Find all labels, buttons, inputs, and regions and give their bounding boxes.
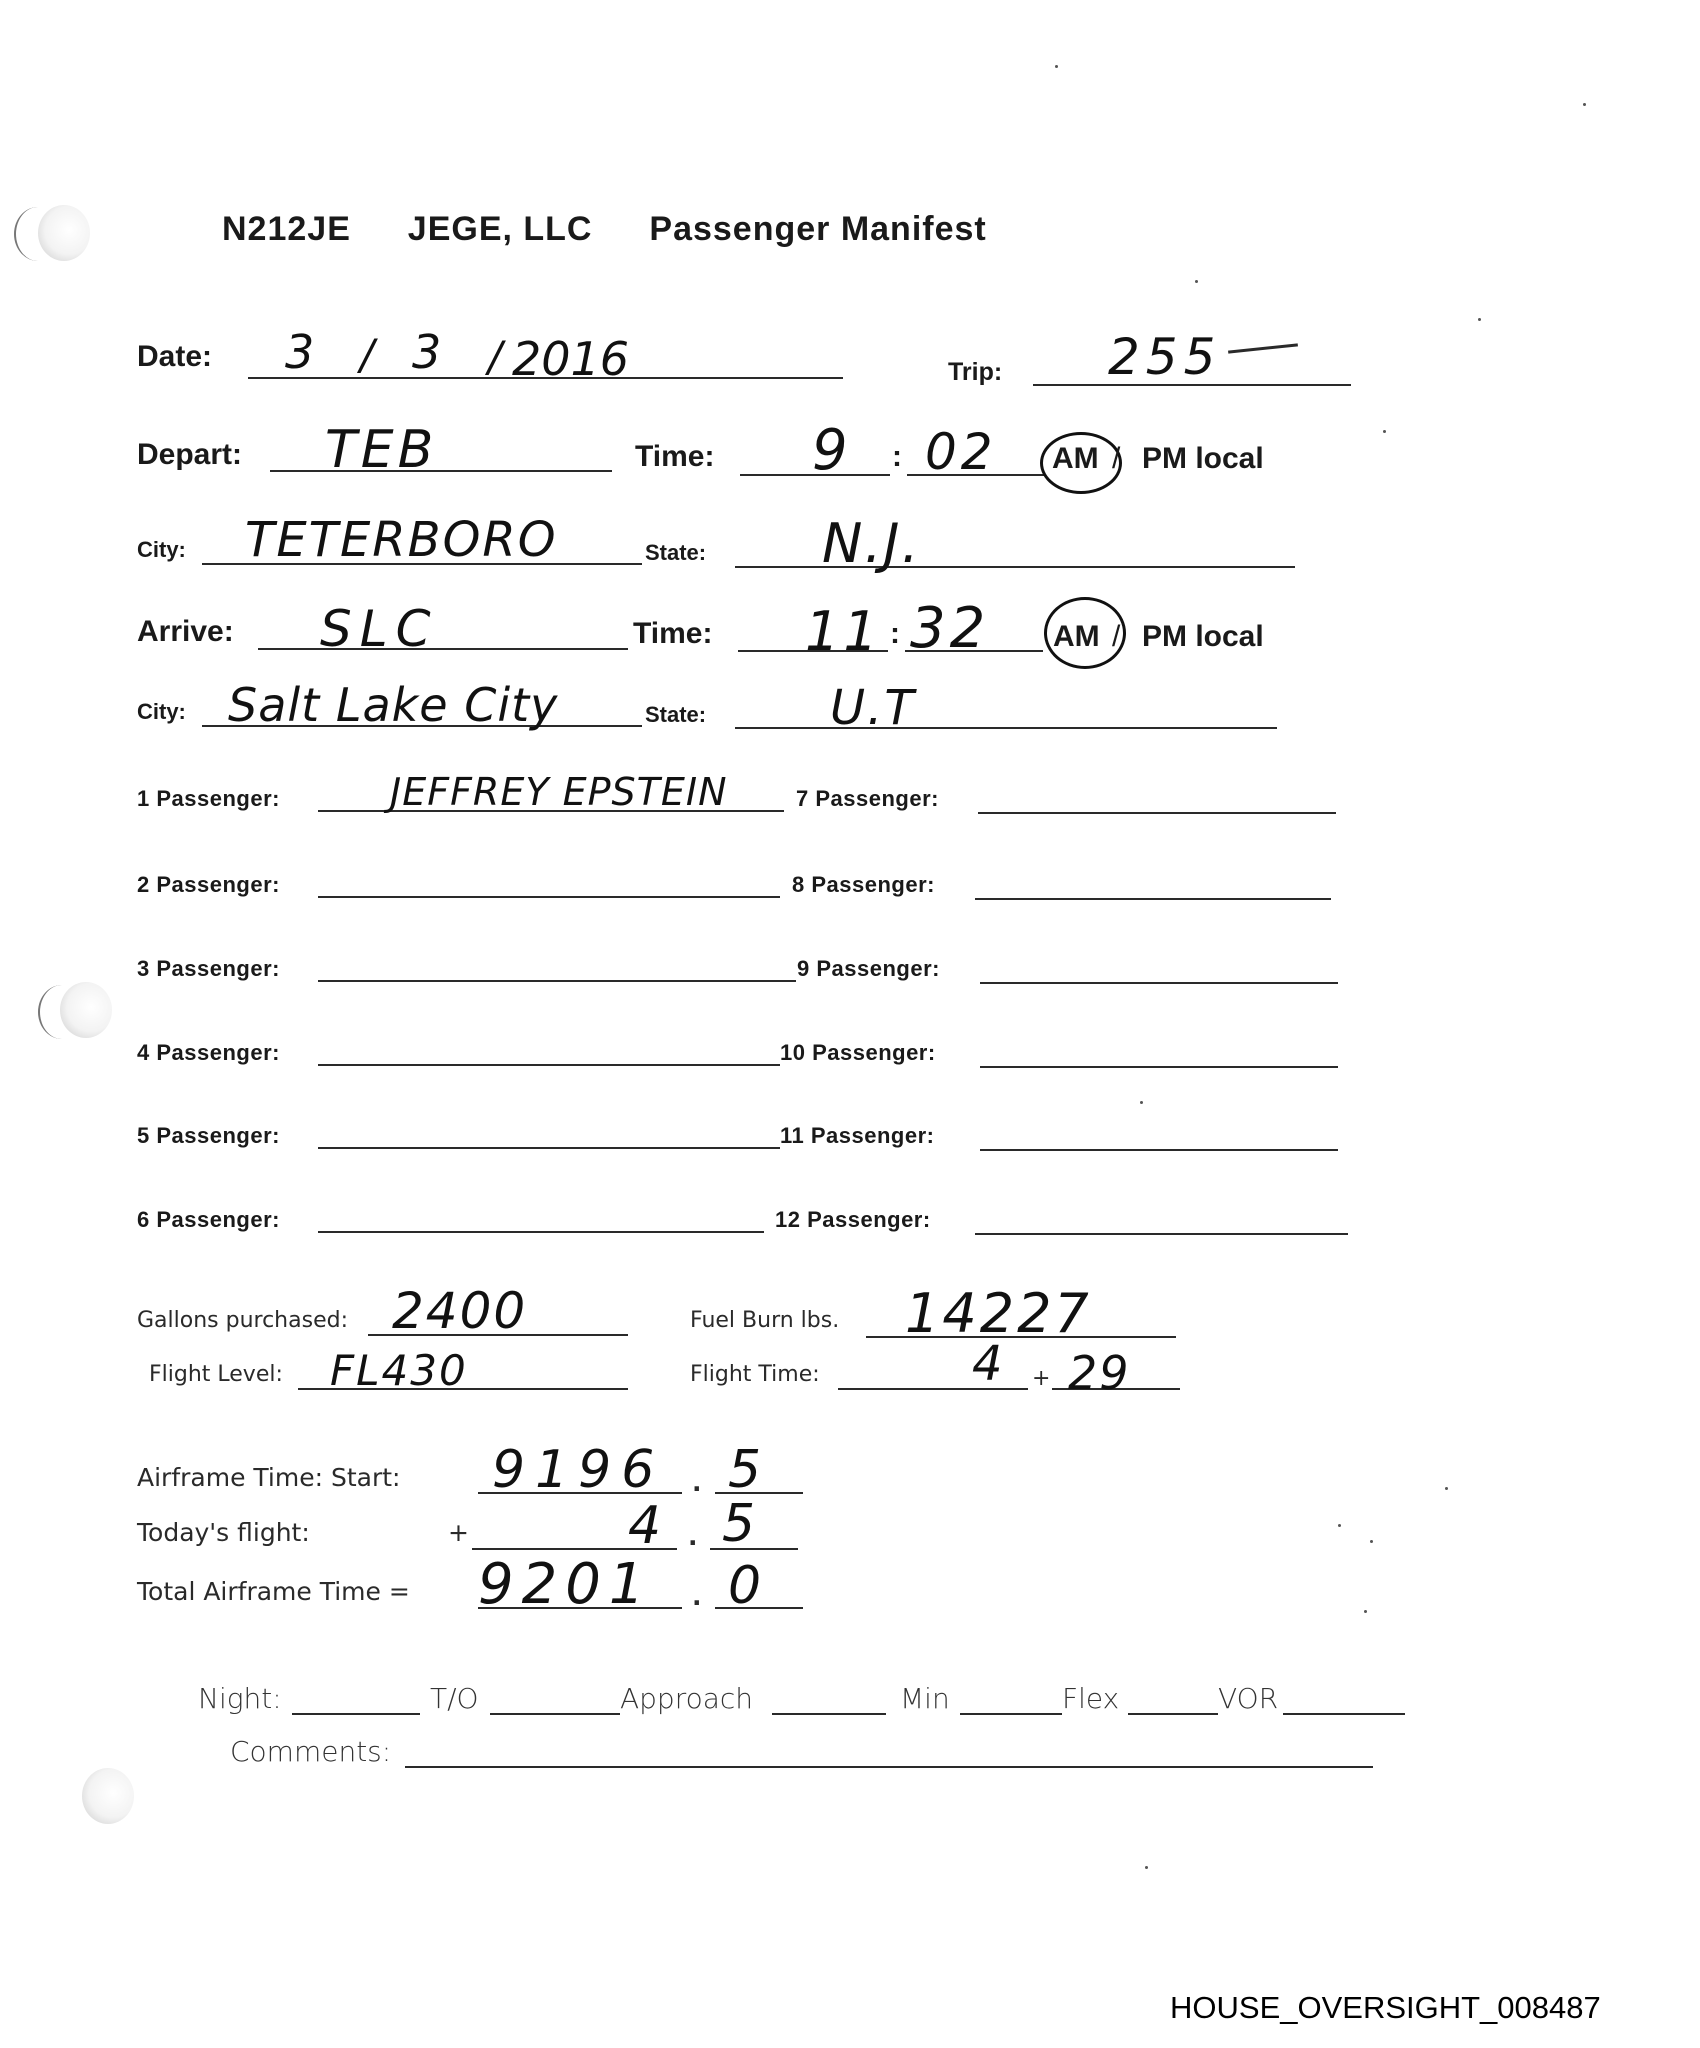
approach-label: Approach (620, 1682, 753, 1715)
depart-time-label: Time: (635, 440, 714, 474)
depart-colon: : (892, 440, 902, 474)
flight-time-hours[interactable]: 4 (972, 1336, 1003, 1392)
airframe-start-whole[interactable]: 9196 (492, 1440, 664, 1500)
depart-city[interactable]: TETERBORO (245, 512, 558, 568)
passenger-7-label: 7 Passenger: (796, 786, 939, 812)
depart-state[interactable]: N.J. (822, 512, 921, 575)
depart-hour[interactable]: 9 (812, 418, 848, 483)
total-airframe-tenth[interactable]: 0 (728, 1556, 761, 1616)
passenger-5-label: 5 Passenger: (137, 1123, 280, 1149)
todays-flight-tenth[interactable]: 5 (722, 1494, 755, 1554)
total-airframe-label: Total Airframe Time = (137, 1577, 410, 1606)
scan-speck (1370, 1540, 1373, 1543)
trip-number[interactable]: 255 (1108, 328, 1221, 386)
todays-flight-label: Today's flight: (137, 1518, 310, 1547)
scan-speck (1055, 65, 1058, 68)
punch-hole-top (38, 205, 90, 261)
arrive-line (258, 648, 628, 650)
scan-speck (1140, 1101, 1143, 1104)
passenger-1-label: 1 Passenger: (137, 786, 280, 812)
depart-state-label: State: (645, 540, 706, 566)
flight-time-label: Flight Time: (690, 1362, 820, 1387)
scan-speck (1445, 1487, 1448, 1490)
depart-am-option[interactable]: AM (1052, 442, 1099, 476)
trip-underline-stroke (1228, 343, 1298, 353)
depart-airport[interactable]: TEB (325, 420, 437, 480)
arrive-state-line (735, 727, 1277, 729)
passenger-12-line (975, 1233, 1348, 1235)
date-separator-2: / (488, 332, 502, 381)
scan-speck (1478, 318, 1481, 321)
flex-label: Flex (1062, 1682, 1119, 1715)
arrive-state[interactable]: U.T (830, 680, 916, 736)
night-line[interactable] (292, 1713, 420, 1715)
arrive-time-label: Time: (633, 617, 712, 651)
scan-speck (1338, 1524, 1341, 1527)
date-day[interactable]: 3 (412, 325, 441, 379)
passenger-3-line (318, 980, 796, 982)
scan-speck (1383, 430, 1386, 433)
passenger-12-label: 12 Passenger: (775, 1207, 931, 1233)
passenger-6-line (318, 1231, 764, 1233)
passenger-3-label: 3 Passenger: (137, 956, 280, 982)
passenger-9-line (980, 982, 1338, 984)
company-name: JEGE, LLC (408, 210, 593, 248)
date-year[interactable]: 2016 (512, 332, 629, 386)
passenger-5-line (318, 1147, 780, 1149)
depart-city-label: City: (137, 537, 186, 563)
passenger-9-label: 9 Passenger: (797, 956, 940, 982)
arrive-city[interactable]: Salt Lake City (228, 678, 558, 732)
depart-line (270, 470, 612, 472)
depart-minute[interactable]: 02 (925, 423, 997, 481)
depart-pm-local-option[interactable]: PM local (1142, 442, 1264, 476)
scan-speck (1364, 1610, 1367, 1613)
vor-label: VOR (1218, 1682, 1278, 1715)
gallons-purchased-value[interactable]: 2400 (392, 1282, 527, 1340)
vor-line[interactable] (1283, 1713, 1405, 1715)
airframe-start-label: Airframe Time: Start: (137, 1463, 400, 1492)
arrive-state-label: State: (645, 702, 706, 728)
todays-flight-dot: . (688, 1522, 698, 1551)
flight-level-value[interactable]: FL430 (330, 1346, 468, 1395)
document-title: Passenger Manifest (649, 210, 986, 248)
arrive-am-option[interactable]: AM (1053, 620, 1100, 654)
todays-flight-plus: + (448, 1518, 469, 1547)
arrive-colon: : (890, 617, 900, 651)
depart-slash: / (1112, 442, 1120, 476)
passenger-11-label: 11 Passenger: (780, 1123, 934, 1149)
passenger-1-name[interactable]: JEFFREY EPSTEIN (390, 770, 728, 814)
passenger-7-line (978, 812, 1336, 814)
punch-hole-middle (60, 982, 112, 1038)
passenger-11-line (980, 1149, 1338, 1151)
scan-speck (1195, 280, 1198, 283)
arrive-pm-local-option[interactable]: PM local (1142, 620, 1264, 654)
tail-number: N212JE (222, 210, 351, 248)
passenger-4-line (318, 1064, 780, 1066)
arrive-slash: / (1112, 620, 1120, 654)
arrive-hour[interactable]: 11 (805, 600, 882, 663)
passenger-10-label: 10 Passenger: (780, 1040, 936, 1066)
flight-time-minutes[interactable]: 29 (1068, 1346, 1131, 1400)
bates-number: HOUSE_OVERSIGHT_008487 (1170, 1990, 1601, 2026)
date-separator-1: / (360, 330, 374, 379)
header-title-row: N212JE JEGE, LLC Passenger Manifest (222, 210, 987, 249)
trip-label: Trip: (948, 358, 1002, 387)
arrive-airport[interactable]: SLC (320, 600, 439, 658)
gallons-purchased-label: Gallons purchased: (137, 1308, 348, 1333)
total-airframe-whole[interactable]: 9201 (478, 1552, 653, 1617)
comments-label: Comments: (230, 1735, 391, 1768)
airframe-start-tenth[interactable]: 5 (728, 1440, 761, 1500)
date-label: Date: (137, 340, 212, 374)
passenger-2-label: 2 Passenger: (137, 872, 280, 898)
takeoff-label: T/O (430, 1682, 479, 1715)
depart-state-line (735, 566, 1295, 568)
airframe-start-dot: . (692, 1468, 702, 1497)
passenger-2-line (318, 896, 780, 898)
fuel-burn-label: Fuel Burn lbs. (690, 1308, 839, 1333)
flight-time-plus: + (1032, 1366, 1050, 1391)
passenger-10-line (980, 1066, 1338, 1068)
depart-label: Depart: (137, 438, 242, 472)
arrive-label: Arrive: (137, 615, 234, 649)
passenger-6-label: 6 Passenger: (137, 1207, 280, 1233)
min-line[interactable] (960, 1713, 1062, 1715)
todays-flight-whole[interactable]: 4 (628, 1496, 661, 1556)
total-airframe-dot: . (692, 1582, 702, 1611)
punch-hole-bottom (82, 1768, 134, 1824)
night-label: Night: (198, 1682, 282, 1715)
arrive-minute[interactable]: 32 (910, 596, 989, 661)
passenger-8-label: 8 Passenger: (792, 872, 935, 898)
takeoff-line[interactable] (490, 1713, 620, 1715)
approach-line[interactable] (772, 1713, 886, 1715)
arrive-city-label: City: (137, 699, 186, 725)
flex-line[interactable] (1128, 1713, 1218, 1715)
scan-speck (1583, 103, 1586, 106)
passenger-8-line (975, 898, 1331, 900)
date-month[interactable]: 3 (285, 325, 314, 379)
scan-speck (1145, 1866, 1148, 1869)
passenger-4-label: 4 Passenger: (137, 1040, 280, 1066)
min-label: Min (900, 1682, 950, 1715)
comments-line[interactable] (405, 1766, 1373, 1768)
flight-level-label: Flight Level: (149, 1362, 283, 1387)
